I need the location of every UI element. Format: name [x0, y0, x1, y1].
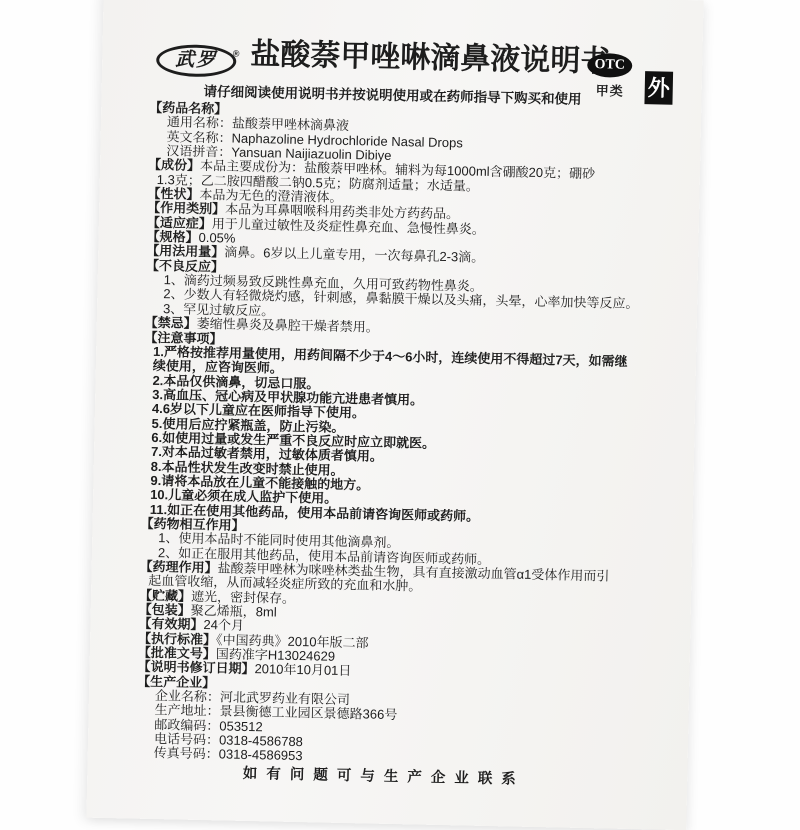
insert-header: 武罗 ® 盐酸萘甲唑啉滴鼻液说明书 请仔细阅读使用说明书并按说明使用或在药师指导…	[149, 35, 647, 111]
line-text: 0.05%	[198, 230, 235, 246]
section-label: 【成份】	[148, 157, 200, 173]
brand-logo: 武罗 ®	[156, 44, 237, 78]
otc-group: OTC 甲类	[587, 53, 634, 100]
external-use-badge-icon: 外	[644, 71, 673, 105]
insert-title: 盐酸萘甲唑啉滴鼻液说明书	[250, 38, 611, 79]
brand-name: 武罗	[175, 49, 217, 71]
section-label: 【药品名称】	[149, 100, 227, 117]
package-insert-paper: 武罗 ® 盐酸萘甲唑啉滴鼻液说明书 请仔细阅读使用说明书并按说明使用或在药师指导…	[86, 0, 703, 800]
registered-trademark-icon: ®	[232, 42, 239, 67]
line-text: 如有问题可与生产企业联系	[243, 766, 525, 788]
otc-class-label: 甲类	[587, 80, 633, 100]
otc-badge-icon: OTC	[587, 53, 632, 78]
line-text: 2010年10月01日	[254, 662, 351, 679]
line-text: 24个月	[203, 617, 244, 633]
document-body: 【药品名称】通用名称：盐酸萘甲唑林滴鼻液英文名称：Naphazoline Hyd…	[135, 101, 646, 789]
section-label: 【生产企业】	[137, 673, 215, 690]
line-text: 传真号码：0318-4586953	[154, 745, 303, 763]
section-label: 【不良反应】	[146, 258, 224, 275]
